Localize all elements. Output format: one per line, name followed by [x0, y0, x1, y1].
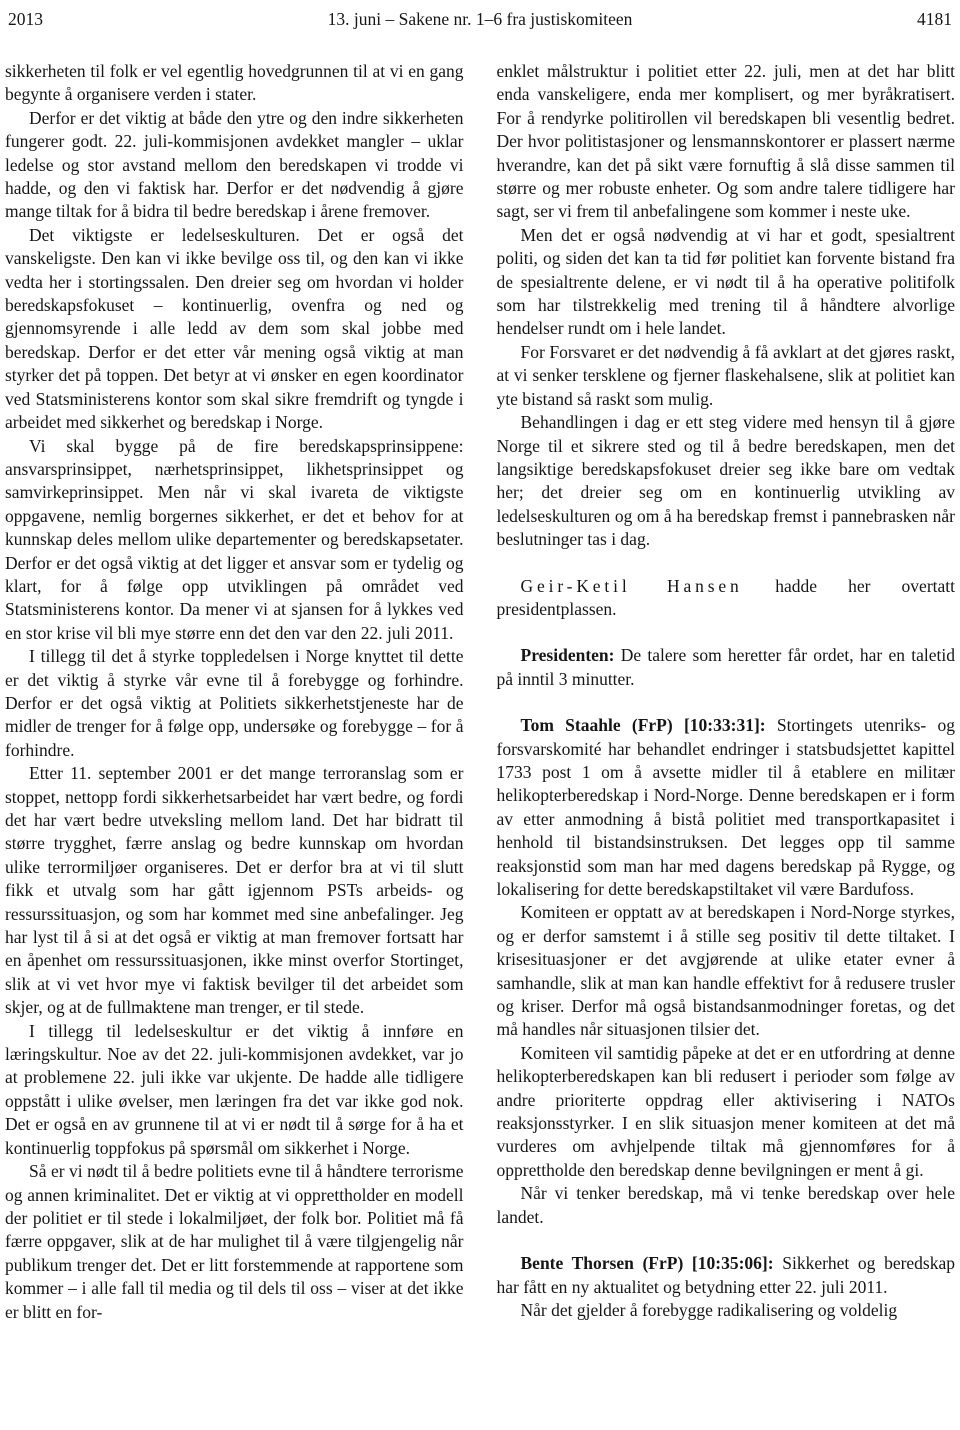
paragraph: Behandlingen i dag er ett steg videre me…: [497, 411, 956, 551]
paragraph: Men det er også nødvendig at vi har et g…: [497, 224, 956, 341]
speech-text: Stortingets utenriks- og forsvarskomité …: [497, 715, 956, 899]
right-column: enklet målstruktur i politiet etter 22. …: [497, 60, 956, 1324]
header-title: 13. juni – Sakene nr. 1–6 fra justiskomi…: [6, 8, 954, 31]
paragraph: I tillegg til det å styrke toppledelsen …: [5, 645, 464, 762]
page-header: 2013 13. juni – Sakene nr. 1–6 fra justi…: [6, 8, 954, 32]
header-page-number: 4181: [917, 8, 952, 31]
paragraph: Vi skal bygge på de fire beredskapsprins…: [5, 435, 464, 646]
paragraph: Komiteen vil samtidig påpeke at det er e…: [497, 1042, 956, 1182]
paragraph: Det viktigste er ledelseskulturen. Det e…: [5, 224, 464, 435]
text-columns: sikkerheten til folk er vel egentlig hov…: [5, 60, 955, 1324]
left-column: sikkerheten til folk er vel egentlig hov…: [5, 60, 464, 1324]
paragraph: For Forsvaret er det nødvendig å få avkl…: [497, 341, 956, 411]
president-note-name: Geir-Ketil Hansen: [521, 576, 743, 596]
paragraph: enklet målstruktur i politiet etter 22. …: [497, 60, 956, 224]
paragraph: Når det gjelder å forebygge radikaliseri…: [497, 1299, 956, 1322]
paragraph: sikkerheten til folk er vel egentlig hov…: [5, 60, 464, 107]
speech-paragraph: Presidenten: De talere som heretter får …: [497, 644, 956, 691]
speech-paragraph: Tom Staahle (FrP) [10:33:31]: Stortinget…: [497, 714, 956, 901]
paragraph: Derfor er det viktig at både den ytre og…: [5, 107, 464, 224]
president-change-note: Geir-Ketil Hansen hadde her overtatt pre…: [497, 575, 956, 622]
paragraph: Etter 11. september 2001 er det mange te…: [5, 762, 464, 1019]
document-page: 2013 13. juni – Sakene nr. 1–6 fra justi…: [0, 0, 960, 1430]
speaker-name: Tom Staahle (FrP) [10:33:31]:: [521, 715, 766, 735]
paragraph: Så er vi nødt til å bedre politiets evne…: [5, 1160, 464, 1324]
paragraph: Når vi tenker beredskap, må vi tenke ber…: [497, 1182, 956, 1229]
speaker-name: Presidenten:: [521, 645, 615, 665]
speaker-name: Bente Thorsen (FrP) [10:35:06]:: [521, 1253, 774, 1273]
speech-paragraph: Bente Thorsen (FrP) [10:35:06]: Sikkerhe…: [497, 1252, 956, 1299]
paragraph: Komiteen er opptatt av at beredskapen i …: [497, 901, 956, 1041]
paragraph: I tillegg til ledelseskultur er det vikt…: [5, 1020, 464, 1160]
